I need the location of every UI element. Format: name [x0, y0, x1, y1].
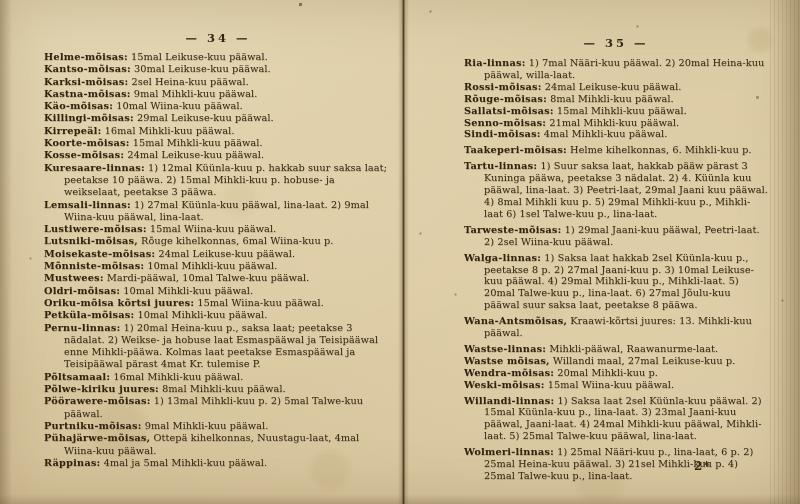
fair-entry: Oldri-mõisas: 10mal Mihkli-kuu pääwal. [44, 286, 392, 298]
place-name: Walga-linnas: [464, 253, 541, 264]
place-name: Lustiwere-mõisas: [44, 224, 147, 235]
fair-entry: Kantso-mõisas: 30mal Leikuse-kuu pääwal. [44, 64, 392, 76]
signature-mark: 2* [694, 459, 711, 473]
fair-entry: Pernu-linnas: 1) 20mal Heina-kuu p., sak… [44, 323, 392, 372]
fair-entry: Põltsamaal: 16mal Mihkli-kuu pääwal. [44, 372, 392, 384]
place-name: Killingi-mõisas: [44, 113, 134, 124]
fair-dates: 8mal Mihkli-kuu pääwal. [159, 384, 286, 395]
place-name: Põlwe-kiriku juures: [44, 384, 159, 395]
place-name: Petküla-mõisas: [44, 310, 134, 321]
fair-dates: 10mal Mihkli-kuu pääwal. [144, 261, 277, 272]
fair-entry: Petküla-mõisas: 10mal Mihkli-kuu pääwal. [44, 310, 392, 322]
place-name: Lemsali-linnas: [44, 200, 131, 211]
fair-dates: 1) 7mal Nääri-kuu pääwal. 2) 20mal Heina… [484, 58, 764, 81]
fair-entry: Pühajärwe-mõisas, Ottepä kihelkonnas, Nu… [44, 433, 392, 458]
fair-list-right: Ria-linnas: 1) 7mal Nääri-kuu pääwal. 2)… [464, 58, 768, 483]
place-name: Wolmeri-linnas: [464, 447, 554, 458]
fair-entry: Koorte-mõisas: 15mal Mihkli-kuu pääwal. [44, 138, 392, 150]
fair-entry: Willandi-linnas: 1) Saksa laat 2sel Küün… [464, 396, 768, 444]
fair-entry: Kirrepeäl: 16mal Mihkli-kuu pääwal. [44, 126, 392, 138]
fair-dates: 21mal Mihkli-kuu pääwal. [546, 118, 679, 129]
place-name: Senno-mõisas: [464, 118, 546, 129]
place-name: Willandi-linnas: [464, 396, 554, 407]
fair-entry: Tarweste-mõisas: 1) 29mal Jaani-kuu pääw… [464, 225, 768, 249]
place-name: Lutsniki-mõisas, [44, 236, 138, 247]
fair-entry: Kuresaare-linnas: 1) 12mal Küünla-kuu p.… [44, 163, 392, 200]
fair-dates: 15mal Mihkli-kuu pääwal. [130, 138, 263, 149]
fair-entry: Põlwe-kiriku juures: 8mal Mihkli-kuu pää… [44, 384, 392, 396]
paper-specks [0, 0, 1, 1]
page-number-right: — 35 — [464, 36, 768, 50]
fair-entry: Wana-Antsmõisas, Kraawi-kõrtsi juures: 1… [464, 316, 768, 340]
fair-entry: Wendra-mõisas: 20mal Mihkli-kuu p. [464, 368, 768, 380]
fair-dates: 4mal ja 5mal Mihkli-kuu pääwal. [100, 458, 267, 469]
place-name: Sallatsi-mõisas: [464, 106, 554, 117]
fair-entry: Karksi-mõisas: 2sel Heina-kuu pääwal. [44, 77, 392, 89]
fair-entry: Senno-mõisas: 21mal Mihkli-kuu pääwal. [464, 118, 768, 130]
place-name: Moisekaste-mõisas: [44, 249, 155, 260]
fair-dates: 15mal Wiina-kuu pääwal. [194, 298, 324, 309]
fair-entry: Ria-linnas: 1) 7mal Nääri-kuu pääwal. 2)… [464, 58, 768, 82]
place-name: Räppinas: [44, 458, 100, 469]
fair-dates: 20mal Mihkli-kuu p. [554, 368, 658, 379]
fair-dates: 16mal Mihkli-kuu pääwal. [110, 372, 243, 383]
fair-entry: Purtniku-mõisas: 9mal Mihkli-kuu pääwal. [44, 421, 392, 433]
place-name: Taakeperi-mõisas: [464, 145, 567, 156]
fair-entry: Lemsali-linnas: 1) 27mal Küünla-kuu pääw… [44, 200, 392, 225]
fair-dates: 8mal Mihkli-kuu pääwal. [547, 94, 674, 105]
left-page: — 34 — Helme-mõisas: 15mal Leikuse-kuu p… [44, 0, 392, 470]
fair-entry: Pöörawere-mõisas: 1) 13mal Mihkli-kuu p.… [44, 396, 392, 421]
place-name: Pöörawere-mõisas: [44, 396, 151, 407]
right-page-stack-edge [770, 0, 800, 504]
place-name: Pühajärwe-mõisas, [44, 433, 150, 444]
fair-entry: Rõuge-mõisas: 8mal Mihkli-kuu pääwal. [464, 94, 768, 106]
place-name: Kantso-mõisas: [44, 64, 131, 75]
place-name: Mõnniste-mõisas: [44, 261, 144, 272]
fair-dates: 16mal Mihkli-kuu pääwal. [101, 126, 234, 137]
place-name: Mustwees: [44, 273, 104, 284]
place-name: Weski-mõisas: [464, 380, 545, 391]
fair-dates: Mardi-pääwal, 10mal Talwe-kuu pääwal. [104, 273, 310, 284]
fair-dates: 24mal Leikuse-kuu pääwal. [155, 249, 295, 260]
book-scan: — 34 — Helme-mõisas: 15mal Leikuse-kuu p… [0, 0, 800, 504]
fair-entry: Wolmeri-linnas: 1) 25mal Nääri-kuu p., l… [464, 447, 768, 483]
fair-entry: Walga-linnas: 1) Saksa laat hakkab 2sel … [464, 253, 768, 313]
fair-list-left: Helme-mõisas: 15mal Leikuse-kuu pääwal.K… [44, 52, 392, 470]
fair-dates: 10mal Mihkli-kuu pääwal. [120, 286, 253, 297]
fair-dates: 10mal Wiina-kuu pääwal. [113, 101, 243, 112]
fair-entry: Mõnniste-mõisas: 10mal Mihkli-kuu pääwal… [44, 261, 392, 273]
fair-entry: Sallatsi-mõisas: 15mal Mihkli-kuu pääwal… [464, 106, 768, 118]
fair-entry: Sindi-mõisas: 4mal Mihkli-kuu pääwal. [464, 129, 768, 141]
fair-entry: Kosse-mõisas: 24mal Leikuse-kuu pääwal. [44, 150, 392, 162]
place-name: Tarweste-mõisas: [464, 225, 561, 236]
fair-dates: 9mal Mihkli-kuu pääwal. [142, 421, 269, 432]
fair-entry: Oriku-mõisa kõrtsi juures: 15mal Wiina-k… [44, 298, 392, 310]
fair-entry: Moisekaste-mõisas: 24mal Leikuse-kuu pää… [44, 249, 392, 261]
fair-dates: 30mal Leikuse-kuu pääwal. [131, 64, 271, 75]
place-name: Oriku-mõisa kõrtsi juures: [44, 298, 194, 309]
fair-dates: 15mal Wiina-kuu pääwal. [545, 380, 675, 391]
place-name: Koorte-mõisas: [44, 138, 130, 149]
fair-dates: 9mal Mihkli-kuu pääwal. [131, 89, 258, 100]
place-name: Sindi-mõisas: [464, 129, 541, 140]
place-name: Ria-linnas: [464, 58, 526, 69]
place-name: Tartu-linnas: [464, 161, 537, 172]
fair-dates: Helme kihelkonnas, 6. Mihkli-kuu p. [567, 145, 752, 156]
place-name: Karksi-mõisas: [44, 77, 128, 88]
fair-dates: 24mal Leikuse-kuu pääwal. [124, 150, 264, 161]
place-name: Pernu-linnas: [44, 323, 120, 334]
fair-dates: Rõuge kihelkonnas, 6mal Wiina-kuu p. [138, 236, 334, 247]
place-name: Wastse mõisas, [464, 356, 550, 367]
place-name: Rõuge-mõisas: [464, 94, 547, 105]
place-name: Kirrepeäl: [44, 126, 101, 137]
fair-dates: Mihkli-pääwal, Raawanurme-laat. [546, 344, 718, 355]
book-gutter-fold [398, 0, 409, 504]
fair-dates: Willandi maal, 27mal Leikuse-kuu p. [550, 356, 736, 367]
fair-dates: 15mal Mihkli-kuu pääwal. [554, 106, 687, 117]
place-name: Käo-mõisas: [44, 101, 113, 112]
fair-dates: 10mal Mihkli-kuu pääwal. [134, 310, 267, 321]
fair-dates: 15mal Leikuse-kuu pääwal. [128, 52, 268, 63]
place-name: Kuresaare-linnas: [44, 163, 145, 174]
fair-entry: Räppinas: 4mal ja 5mal Mihkli-kuu pääwal… [44, 458, 392, 470]
left-page-edge-shadow [0, 0, 12, 504]
place-name: Wana-Antsmõisas, [464, 316, 567, 327]
place-name: Kastna-mõisas: [44, 89, 131, 100]
fair-dates: 2sel Heina-kuu pääwal. [128, 77, 248, 88]
fair-entry: Mustwees: Mardi-pääwal, 10mal Talwe-kuu … [44, 273, 392, 285]
fair-dates: 29mal Leikuse-kuu pääwal. [134, 113, 274, 124]
fair-entry: Lustiwere-mõisas: 15mal Wiina-kuu pääwal… [44, 224, 392, 236]
page-number-left: — 34 — [44, 31, 392, 45]
place-name: Oldri-mõisas: [44, 286, 120, 297]
place-name: Wendra-mõisas: [464, 368, 554, 379]
fair-dates: 15mal Wiina-kuu pääwal. [147, 224, 277, 235]
fair-entry: Lutsniki-mõisas, Rõuge kihelkonnas, 6mal… [44, 236, 392, 248]
fair-entry: Wastse mõisas, Willandi maal, 27mal Leik… [464, 356, 768, 368]
place-name: Rossi-mõisas: [464, 82, 542, 93]
right-page: — 35 — Ria-linnas: 1) 7mal Nääri-kuu pää… [464, 0, 768, 483]
fair-dates: 24mal Leikuse-kuu pääwal. [542, 82, 682, 93]
place-name: Helme-mõisas: [44, 52, 128, 63]
fair-entry: Käo-mõisas: 10mal Wiina-kuu pääwal. [44, 101, 392, 113]
fair-entry: Wastse-linnas: Mihkli-pääwal, Raawanurme… [464, 344, 768, 356]
fair-entry: Tartu-linnas: 1) Suur saksa laat, hakkab… [464, 161, 768, 221]
fair-entry: Killingi-mõisas: 29mal Leikuse-kuu pääwa… [44, 113, 392, 125]
fair-dates: 4mal Mihkli-kuu pääwal. [541, 129, 668, 140]
fair-entry: Helme-mõisas: 15mal Leikuse-kuu pääwal. [44, 52, 392, 64]
place-name: Kosse-mõisas: [44, 150, 124, 161]
fair-entry: Kastna-mõisas: 9mal Mihkli-kuu pääwal. [44, 89, 392, 101]
fair-entry: Taakeperi-mõisas: Helme kihelkonnas, 6. … [464, 145, 768, 157]
place-name: Wastse-linnas: [464, 344, 546, 355]
place-name: Purtniku-mõisas: [44, 421, 142, 432]
place-name: Põltsamaal: [44, 372, 110, 383]
fair-entry: Rossi-mõisas: 24mal Leikuse-kuu pääwal. [464, 82, 768, 94]
fair-entry: Weski-mõisas: 15mal Wiina-kuu pääwal. [464, 380, 768, 392]
